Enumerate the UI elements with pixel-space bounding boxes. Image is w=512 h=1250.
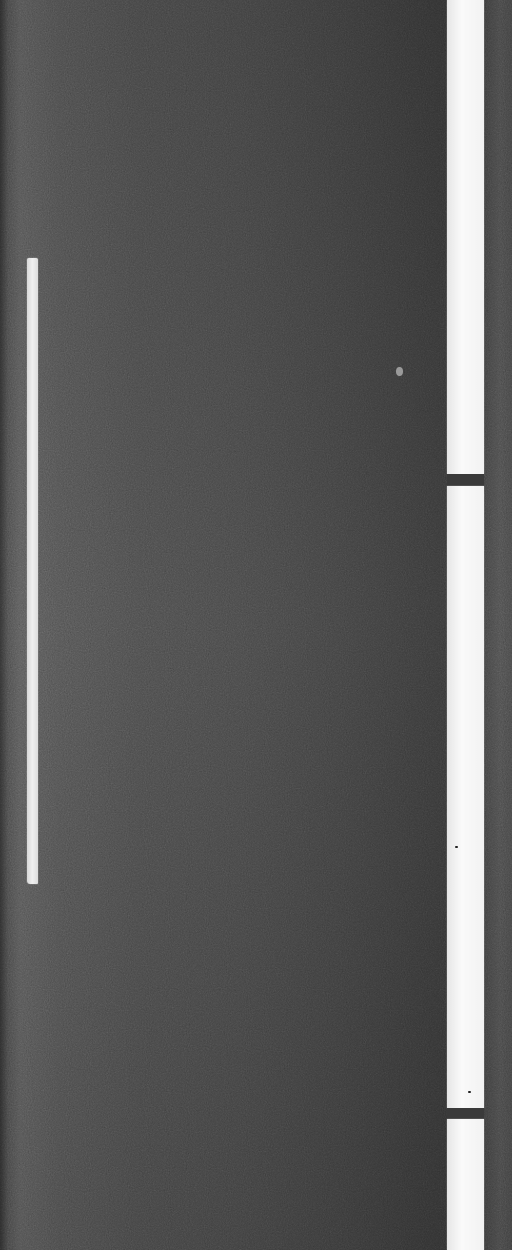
left-lane-marking <box>27 258 38 884</box>
marking-speck <box>455 846 458 848</box>
right-edge-marking-segment <box>447 1119 484 1250</box>
right-edge-marking-segment <box>447 486 484 1108</box>
right-edge-marking-segment <box>447 0 484 474</box>
debris-spot <box>396 367 403 376</box>
asphalt-grain <box>0 0 512 1250</box>
marking-gap <box>447 474 484 486</box>
marking-speck <box>468 1091 471 1093</box>
road-scene <box>0 0 512 1250</box>
